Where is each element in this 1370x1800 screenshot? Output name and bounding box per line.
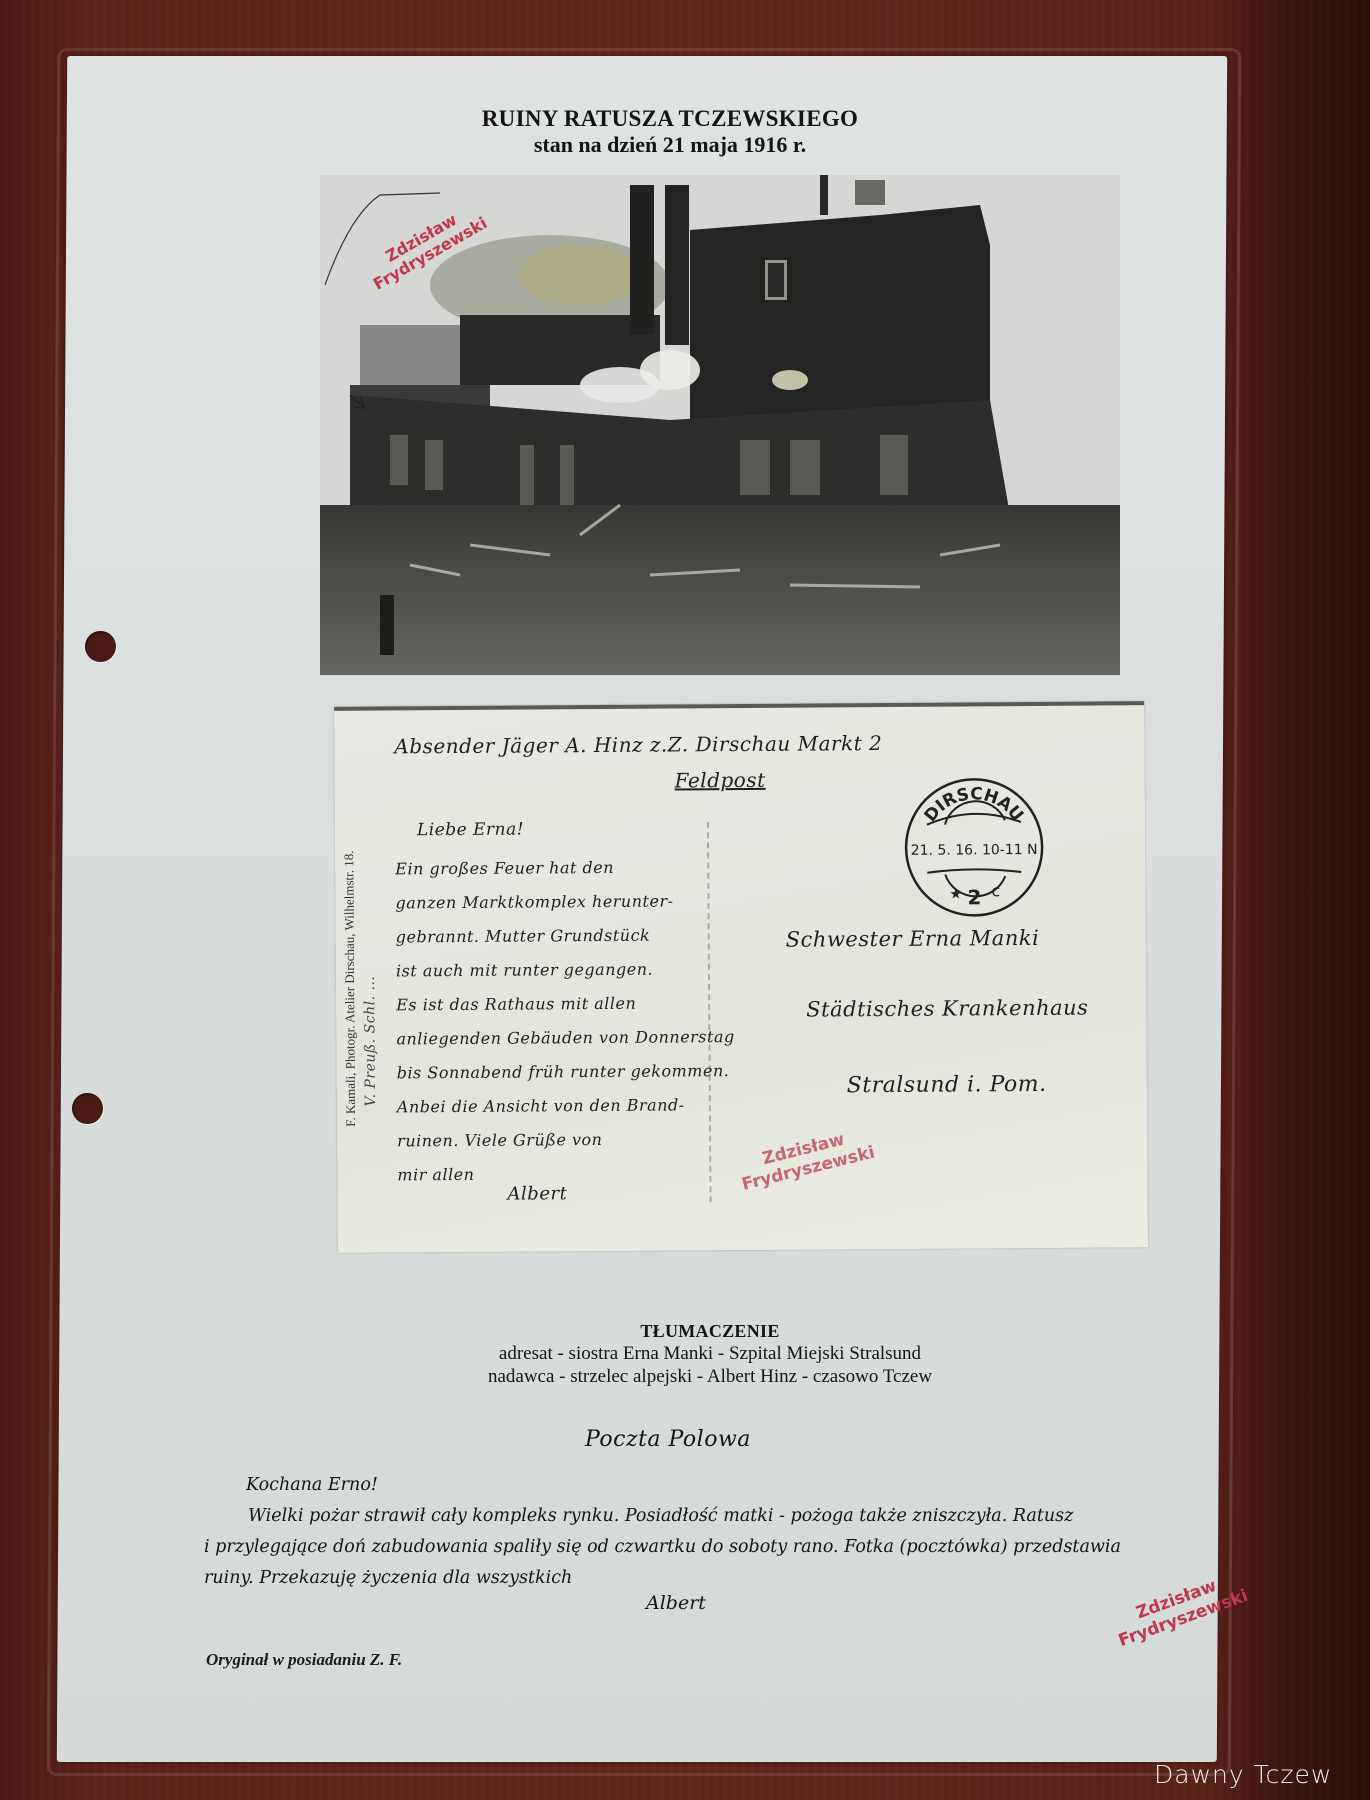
postcard-message: Ein großes Feuer hat den ganzen Marktkom… [395,850,736,1192]
translation-heading: TŁUMACZENIE [360,1320,1060,1342]
svg-text:c: c [991,881,1000,900]
address-line-1: Schwester Erna Manki [786,926,1040,952]
original-ownership-note: Oryginał w posiadaniu Z. F. [206,1650,402,1670]
letter-line: ruiny. Przekazuję życzenia dla wszystkic… [204,1563,1166,1594]
message-line: ruinen. Viele Grüße von [397,1122,736,1158]
message-line: bis Sonnabend früh runter gekommen. [397,1054,736,1090]
sender-line-translation: nadawca - strzelec alpejski - Albert Hin… [360,1365,1060,1388]
message-line: anliegenden Gebäuden von Donnerstag [396,1020,735,1056]
message-line: Ein großes Feuer hat den [395,850,734,886]
translation-block: TŁUMACZENIE adresat - siostra Erna Manki… [360,1320,1060,1388]
field-post-title: Poczta Polowa [585,1427,751,1452]
letter-greeting: Kochana Erno! [246,1470,1166,1501]
message-line: ganzen Marktkomplex herunter- [395,884,734,920]
message-line: Es ist das Rathaus mit allen [396,986,735,1022]
svg-text:★: ★ [949,886,962,902]
punch-hole-bottom [72,1093,103,1124]
letter-translation: Kochana Erno! Wielki pożar strawił cały … [246,1470,1166,1594]
sender-line: Absender Jäger A. Hinz z.Z. Dirschau Mar… [394,731,882,758]
title-block: RUINY RATUSZA TCZEWSKIEGO stan na dzień … [400,106,940,157]
punch-hole-top [85,631,116,662]
postmark-dirschau: DIRSCHAU 21. 5. 16. 10-11 N ★ 2 c [901,774,1048,921]
svg-text:21. 5. 16. 10-11 N: 21. 5. 16. 10-11 N [911,842,1038,859]
recipient-line: adresat - siostra Erna Manki - Szpital M… [360,1342,1060,1365]
address-line-2: Städtisches Krankenhaus [806,996,1088,1022]
message-line: ist auch mit runter gegangen. [396,952,735,988]
letter-line: i przylegające doń zabudowania spaliły s… [204,1532,1166,1563]
page-subtitle: stan na dzień 21 maja 1916 r. [400,132,940,157]
letter-signature: Albert [646,1592,706,1614]
message-line: gebrannt. Mutter Grundstück [396,918,735,954]
letter-line: Wielki pożar strawił cały kompleks rynku… [246,1501,1166,1532]
postcard-greeting: Liebe Erna! [417,820,524,841]
svg-text:2: 2 [967,885,981,909]
page-title: RUINY RATUSZA TCZEWSKIEGO [400,106,940,132]
margin-note: V. Preuß. Schl. ... [362,976,379,1107]
address-line-3: Stralsund i. Pom. [847,1072,1047,1098]
site-watermark: Dawny Tczew [1154,1760,1332,1789]
printer-imprint: F. Kamali, Photogr. Atelier Dirschau, Wi… [341,850,359,1126]
message-line: Anbei die Ansicht von den Brand- [397,1088,736,1124]
feldpost-note: Feldpost [675,768,766,793]
postcard-signoff: Albert [507,1183,567,1204]
postmark-circle-icon: DIRSCHAU 21. 5. 16. 10-11 N ★ 2 c [901,774,1048,921]
